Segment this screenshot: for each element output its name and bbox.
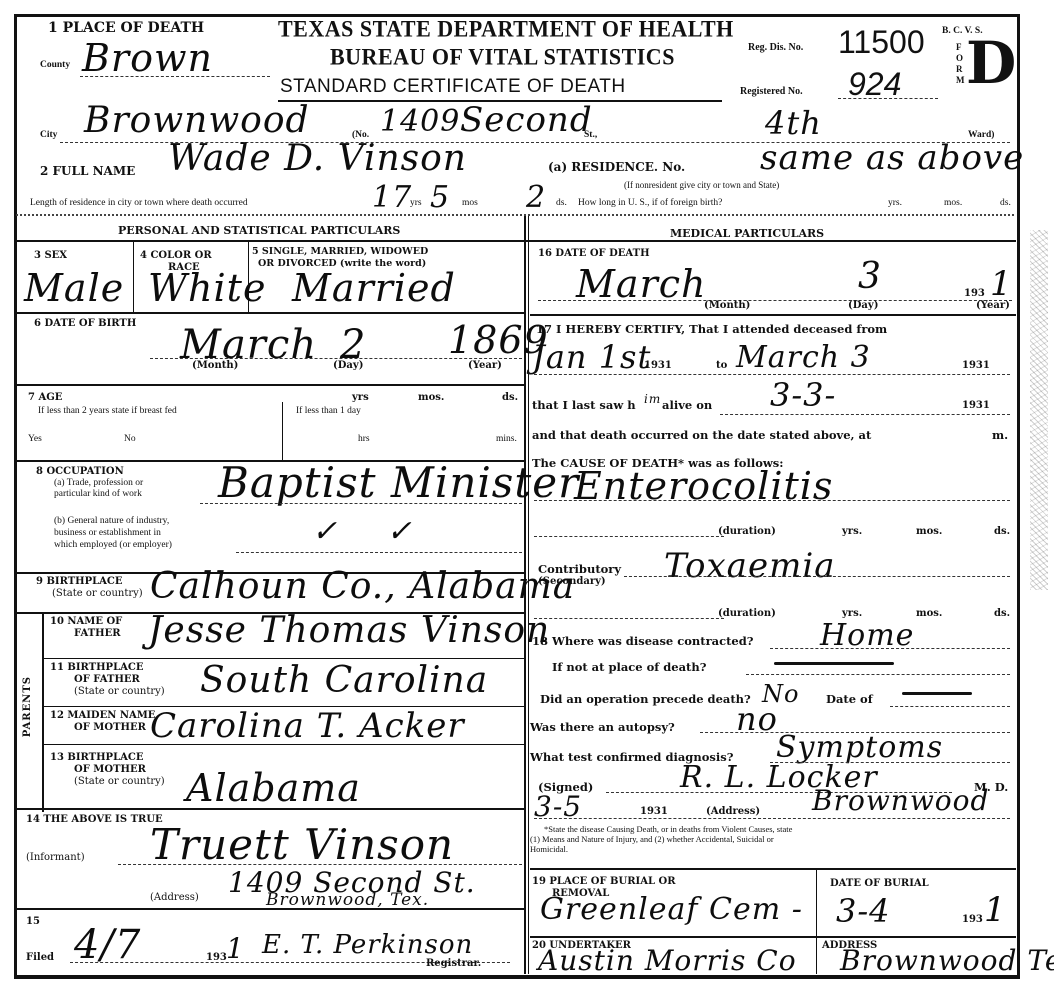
last-saw-label: that I last saw h (532, 398, 636, 412)
reg-dis-label: Reg. Dis. No. (748, 42, 803, 53)
row-divider-10 (44, 658, 524, 659)
operation-label: Did an operation precede death? (540, 692, 751, 706)
city-value: Brownwood (84, 100, 310, 141)
sex-value: Male (24, 266, 124, 310)
hrs-label: hrs (358, 434, 370, 444)
burial-divider (816, 870, 817, 974)
row-divider-14 (16, 908, 524, 910)
not-place-line (746, 674, 1010, 675)
full-name-label: 2 FULL NAME (40, 164, 135, 178)
date-of-death-year-suffix: 1 (990, 264, 1013, 304)
row-divider-12 (44, 744, 524, 745)
breast-fed-label: If less than 2 years state if breast fed (38, 406, 177, 416)
duration-1-ds: ds. (994, 526, 1010, 537)
contributory-label: Contributory (538, 562, 621, 576)
mins-label: mins. (496, 434, 517, 444)
foreign-mos-label: mos. (944, 198, 962, 208)
death-time-m-label: m. (992, 428, 1008, 442)
form-vertical-label: FORM (956, 42, 965, 86)
attended-to-year: 1931 (962, 360, 990, 371)
scan-noise (1030, 230, 1048, 590)
mother-name-value: Carolina T. Acker (150, 706, 465, 746)
form-letter: D (966, 34, 1016, 92)
mother-birthplace-value: Alabama (186, 766, 361, 810)
dod-day-caption: (Day) (848, 300, 878, 311)
length-ds-label: ds. (556, 198, 567, 208)
age-ds-label: ds. (502, 392, 518, 403)
signed-year: 1931 (640, 806, 668, 817)
burial-year-prefix: 193 (962, 914, 983, 925)
personal-section-title: PERSONAL AND STATISTICAL PARTICULARS (118, 224, 400, 237)
attended-from: Jan 1st (532, 338, 651, 376)
footnote-line2: (1) Means and Nature of Injury, and (2) … (530, 834, 774, 844)
cause-line (534, 500, 1010, 501)
occupation-a-label-2: particular kind of work (54, 489, 142, 499)
occupation-a-value: Baptist Minister (218, 458, 579, 507)
less-than-day-label: If less than 1 day (296, 406, 361, 416)
birthplace-sub-label: (State or country) (52, 588, 143, 599)
length-ds-value: 2 (526, 180, 546, 215)
dob-label: 6 DATE OF BIRTH (34, 318, 136, 329)
row-divider-13 (16, 808, 524, 810)
ward-value: 4th (765, 104, 822, 142)
operation-date-line (890, 706, 1010, 707)
contracted-label: 18 Where was disease contracted? (532, 634, 754, 648)
burial-date-value: 3-4 (836, 892, 891, 930)
foreign-birth-label: How long in U. S., if of foreign birth? (578, 198, 722, 208)
registrar-signature: E. T. Perkinson (262, 930, 473, 960)
row-divider-19 (530, 936, 1016, 938)
informant-address-line2: Brownwood, Tex. (266, 890, 429, 910)
reg-dis-value: 11500 (838, 24, 925, 61)
burial-year-suffix: 1 (984, 890, 1007, 930)
burial-place-value: Greenleaf Cem - (540, 892, 803, 927)
footnote-line3: Homicidal. (530, 844, 568, 854)
occupation-a-label-1: (a) Trade, profession or (54, 478, 143, 488)
dob-year-caption: (Year) (468, 360, 502, 371)
father-name-label-1: 10 NAME OF (50, 616, 122, 627)
parents-divider (42, 614, 44, 812)
foreign-ds-label: ds. (1000, 198, 1011, 208)
duration-1-mos: mos. (916, 526, 942, 537)
secondary-label: (Secondary) (538, 576, 606, 587)
nonresident-note: (If nonresident give city or town and St… (624, 180, 779, 190)
foreign-yrs-label: yrs. (888, 198, 902, 208)
attended-from-year: 1931 (644, 360, 672, 371)
date-of-death-label: 16 DATE OF DEATH (538, 248, 650, 259)
dod-month-caption: (Month) (704, 300, 750, 311)
date-of-death-year-prefix: 193 (964, 288, 985, 299)
registrar-label: Registrar. (426, 958, 481, 969)
mother-birthplace-label-3: (State or country) (74, 776, 165, 787)
duration-1-label: (duration) (718, 526, 776, 537)
mother-birthplace-label-2: OF MOTHER (74, 764, 146, 775)
dob-month-caption: (Month) (192, 360, 238, 371)
last-saw-pronoun: im (644, 392, 661, 406)
filed-number: 15 (26, 916, 40, 927)
length-yrs-value: 17 (372, 180, 412, 215)
attended-to-label: to (716, 360, 727, 371)
footnote-line1: *State the disease Causing Death, or in … (544, 824, 792, 834)
last-saw-line (720, 414, 1010, 415)
duration-2-line (534, 618, 724, 619)
filed-label: Filed (26, 952, 54, 963)
father-name-label-2: FATHER (74, 628, 121, 639)
street-st-label: St., (584, 130, 597, 140)
cause-of-death-value: Enterocolitis (574, 464, 833, 508)
attended-to: March 3 (736, 340, 871, 375)
title-department: TEXAS STATE DEPARTMENT OF HEALTH (278, 15, 734, 42)
burial-place-label-1: 19 PLACE OF BURIAL OR (532, 876, 676, 887)
marital-value: Married (292, 266, 456, 310)
occupation-b-line (236, 552, 522, 553)
marital-label-line1: 5 SINGLE, MARRIED, WIDOWED (252, 246, 428, 257)
sex-race-divider (133, 242, 134, 312)
informant-label: (Informant) (26, 852, 85, 863)
date-of-death-line (538, 300, 1012, 301)
occupation-b-label-3: which employed (or employer) (54, 540, 172, 550)
father-birthplace-label-2: OF FATHER (74, 674, 140, 685)
place-of-death-label: 1 PLACE OF DEATH (48, 20, 204, 36)
informant-address-label: (Address) (150, 892, 199, 903)
duration-2-mos: mos. (916, 608, 942, 619)
age-yrs-label: yrs (352, 392, 369, 403)
birthplace-label: 9 BIRTHPLACE (36, 576, 122, 587)
county-line (80, 76, 270, 77)
occupation-b-label-2: business or establishment in (54, 528, 161, 538)
certify-label: 17 I HEREBY CERTIFY, That I attended dec… (536, 322, 887, 336)
title-certificate: STANDARD CERTIFICATE OF DEATH (280, 76, 626, 98)
section-title-divider (16, 240, 1016, 242)
title-bureau: BUREAU OF VITAL STATISTICS (330, 43, 675, 70)
mother-birthplace-label-1: 13 BIRTHPLACE (50, 752, 143, 763)
undertaker-value: Austin Morris Co (538, 944, 797, 977)
filed-year-suffix: 1 (226, 932, 245, 965)
last-saw-date: 3-3- (770, 376, 836, 414)
dob-day-caption: (Day) (333, 360, 363, 371)
row-divider-16 (530, 314, 1016, 316)
father-birthplace-label-1: 11 BIRTHPLACE (50, 662, 143, 673)
duration-2-ds: ds. (994, 608, 1010, 619)
medical-section-title: MEDICAL PARTICULARS (670, 227, 824, 240)
duration-1-yrs: yrs. (842, 526, 862, 537)
mother-name-label-2: OF MOTHER (74, 722, 146, 733)
registered-line (838, 98, 938, 99)
parents-vertical-label: PARENTS (22, 676, 33, 737)
dod-year-caption: (Year) (976, 300, 1010, 311)
residence-label: (a) RESIDENCE. No. (548, 160, 685, 174)
father-birthplace-label-3: (State or country) (74, 686, 165, 697)
contracted-line (770, 648, 1010, 649)
signed-address-value: Brownwood (812, 784, 989, 817)
row-divider-6 (16, 384, 524, 386)
dob-line (150, 358, 522, 359)
residence-value: same as above (760, 138, 1024, 178)
street-no-value: 1409 (380, 104, 460, 139)
burial-date-label: DATE OF BURIAL (830, 878, 929, 889)
birthplace-value: Calhoun Co., Alabama (150, 566, 575, 607)
length-yrs-label: yrs (410, 198, 422, 208)
race-value: White (148, 266, 266, 310)
contributory-value: Toxaemia (664, 546, 835, 586)
autopsy-label: Was there an autopsy? (530, 720, 675, 734)
date-of-death-day: 3 (858, 256, 882, 297)
mother-name-label-1: 12 MAIDEN NAME (50, 710, 155, 721)
length-mos-label: mos (462, 198, 478, 208)
occupation-a-line (200, 503, 522, 504)
informant-value: Truett Vinson (150, 820, 454, 869)
operation-date-label: Date of (826, 692, 873, 706)
attended-line (534, 374, 1010, 375)
above-true-label: 14 THE ABOVE IS TRUE (26, 814, 163, 825)
not-place-dash (774, 662, 894, 665)
father-name-value: Jesse Thomas Vinson (148, 610, 550, 651)
signed-address-label: (Address) (706, 806, 760, 817)
county-label: County (40, 60, 70, 70)
age-mos-label: mos. (418, 392, 444, 403)
registered-label: Registered No. (740, 86, 803, 97)
county-value: Brown (82, 36, 213, 80)
breast-fed-no-label: No (124, 434, 136, 444)
informant-line (118, 864, 522, 865)
full-name-value: Wade D. Vinson (168, 138, 467, 179)
operation-date-dash (902, 692, 972, 695)
row-divider-5 (16, 312, 524, 314)
last-saw-year: 1931 (962, 400, 990, 411)
duration-1-line (534, 536, 724, 537)
father-birthplace-value: South Carolina (200, 660, 488, 701)
header-divider (16, 214, 1014, 216)
occupation-label: 8 OCCUPATION (36, 466, 124, 477)
city-label: City (40, 130, 57, 140)
not-place-label: If not at place of death? (552, 660, 706, 674)
sex-label: 3 SEX (34, 250, 67, 261)
length-residence-label: Length of residence in city or town wher… (30, 198, 248, 208)
race-label-line1: 4 COLOR OR (140, 250, 212, 261)
age-label: 7 AGE (28, 392, 62, 403)
row-divider-18 (530, 868, 1016, 870)
death-occurred-label: and that death occurred on the date stat… (532, 428, 871, 442)
length-mos-value: 5 (430, 180, 450, 215)
occupation-b-value: ✓ ✓ (312, 514, 432, 549)
duration-2-label: (duration) (718, 608, 776, 619)
contributory-line (624, 576, 1010, 577)
alive-on-label: alive on (662, 398, 712, 412)
age-divider (282, 402, 283, 460)
occupation-b-label-1: (b) General nature of industry, (54, 516, 169, 526)
breast-fed-yes-label: Yes (28, 434, 42, 444)
street-value: Second (460, 100, 593, 140)
undertaker-address-value: Brownwood Tex (840, 944, 1054, 977)
signed-date-line (534, 818, 1010, 819)
